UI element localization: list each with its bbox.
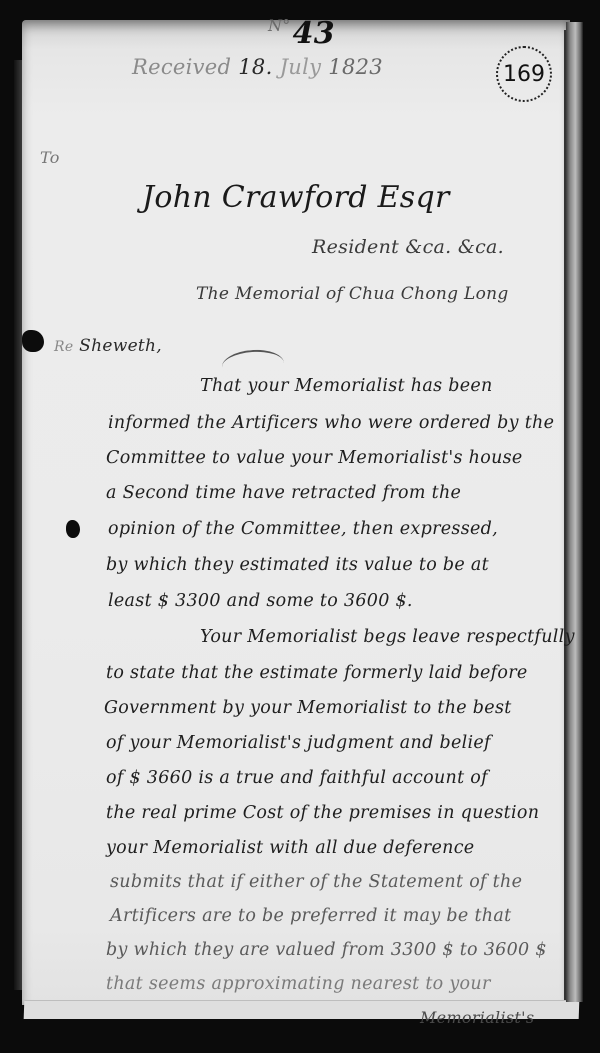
addressee-title: Resident &ca. &ca. [312, 236, 504, 258]
body-line: by which they estimated its value to be … [106, 555, 489, 575]
body-line: a Second time have retracted from the [106, 483, 461, 503]
received-month: July [280, 55, 322, 79]
page-left-shadow [14, 60, 22, 990]
body-line: That your Memorialist has been [200, 376, 493, 396]
ink-blot-icon [66, 520, 80, 538]
sheweth-prefix: Re [54, 339, 73, 355]
folio-number-circled: 169 [496, 46, 552, 102]
number-value: 43 [293, 16, 335, 51]
sheweth-line: Re Sheweth, [54, 336, 162, 356]
body-line: opinion of the Committee, then expressed… [108, 519, 498, 539]
body-line: submits that if either of the Statement … [110, 872, 522, 892]
body-line: informed the Artificers who were ordered… [108, 413, 554, 433]
body-line: the real prime Cost of the premises in q… [106, 803, 539, 823]
body-line: of your Memorialist's judgment and belie… [106, 733, 491, 753]
body-line: of $ 3660 is a true and faithful account… [106, 768, 488, 788]
body-line: by which they are valued from 3300 $ to … [106, 940, 547, 960]
received-year: 1823 [328, 55, 383, 79]
folio-number: 169 [503, 62, 545, 87]
binding-strip [566, 22, 583, 1002]
body-line: least $ 3300 and some to 3600 $. [108, 591, 413, 611]
received-label: Received [132, 55, 231, 79]
sheweth-word: Sheweth, [79, 336, 162, 356]
memorial-of-line: The Memorial of Chua Chong Long [196, 284, 509, 304]
to-label: To [40, 148, 60, 167]
addressee-name: John Crawford Esqr [142, 180, 450, 215]
received-day: 18. [238, 55, 272, 79]
body-line: to state that the estimate formerly laid… [106, 663, 528, 683]
body-line: Artificers are to be preferred it may be… [110, 906, 511, 926]
received-date: Received 18. July 1823 [132, 55, 383, 79]
ink-blot-icon [22, 330, 44, 352]
catchword: Memorialist's [420, 1008, 534, 1027]
document-number: N°43 [268, 16, 335, 51]
body-line: Your Memorialist begs leave respectfully [200, 627, 575, 647]
body-line: Committee to value your Memorialist's ho… [106, 448, 523, 468]
body-line: that seems approximating nearest to your [106, 974, 491, 994]
body-line: Government by your Memorialist to the be… [104, 698, 512, 718]
body-line: your Memorialist with all due deference [106, 838, 474, 858]
number-prefix: N° [268, 16, 291, 35]
